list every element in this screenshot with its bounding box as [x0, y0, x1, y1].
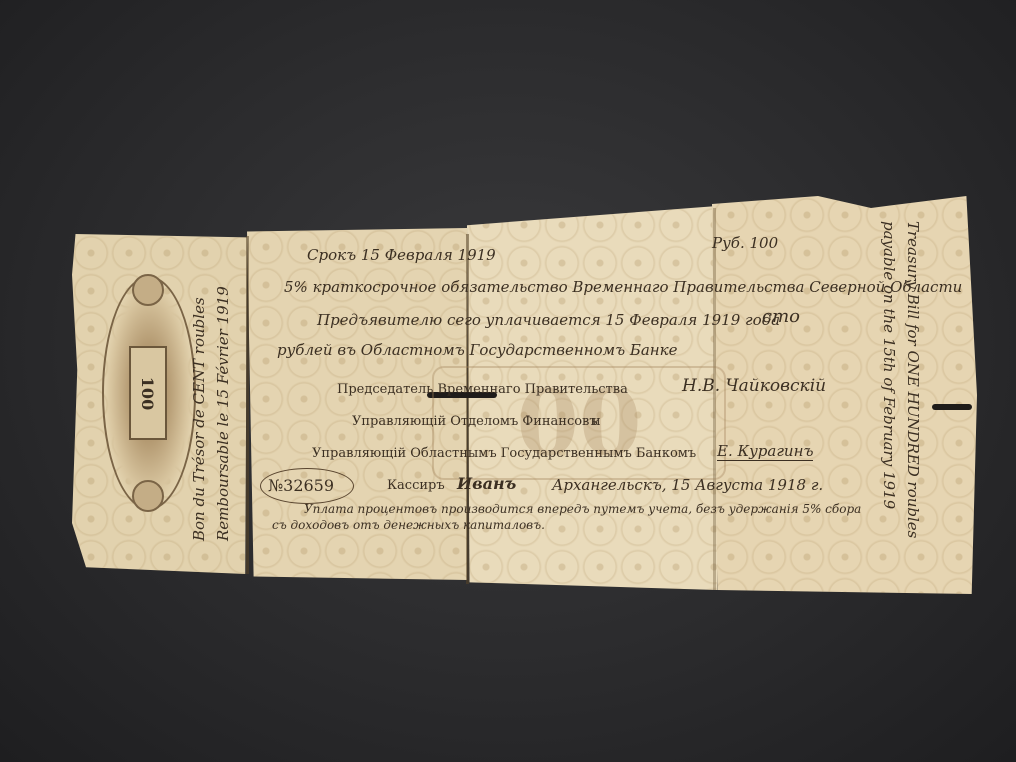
- chairman-label: Председатель Временнаго Правительства: [337, 382, 628, 397]
- bank-manager-label: Управляющій Областнымъ Государственнымъ …: [312, 446, 696, 461]
- bank-manager-signature: Е. Курагинъ: [717, 442, 813, 461]
- denomination-box: 100: [129, 346, 167, 440]
- place-date: Архангельскъ, 15 Августа 1918 г.: [552, 476, 823, 494]
- amount-label: Руб. 100: [712, 234, 778, 252]
- interest-note-line2: съ доходовъ отъ денежныхъ капиталовъ.: [272, 518, 545, 532]
- finance-label: Управляющій Отделомъ Финансовъ: [352, 414, 598, 429]
- french-text-line1: Bon du Trésor de CENT roubles: [190, 297, 208, 541]
- chairman-signature: Н.В. Чайковскій: [682, 376, 826, 396]
- obligation-title: 5% краткосрочное обязательство Временнаг…: [284, 278, 962, 296]
- cashier-label: Кассиръ: [387, 478, 445, 493]
- cashier-signature: Иванъ: [457, 474, 516, 493]
- rosette-ornament: [132, 274, 164, 306]
- tear-damage: [932, 404, 972, 410]
- payable-text: Предъявителю сего уплачивается 15 Феврал…: [317, 311, 780, 329]
- bank-text: рублей въ Областномъ Государственномъ Ба…: [277, 341, 678, 359]
- fold-crease: [246, 236, 249, 574]
- denomination-numeral: 100: [139, 376, 158, 409]
- banknote: 100 Bon du Trésor de CENT roubles Rembou…: [72, 196, 977, 596]
- english-text-line1: Treasury Bill for ONE HUNDRED roubles: [904, 221, 922, 538]
- english-text-line2: payable on the 15th of February 1919: [880, 221, 898, 509]
- serial-number: №32659: [268, 476, 334, 495]
- interest-note-line1: Уплата процентовъ производится впередъ п…: [304, 502, 861, 516]
- french-text-line2: Remboursable le 15 Février 1919: [214, 286, 232, 541]
- rosette-ornament: [132, 480, 164, 512]
- term-text: Срокъ 15 Февраля 1919: [307, 246, 496, 264]
- finance-and: и: [592, 414, 601, 429]
- amount-words: сто: [762, 306, 800, 327]
